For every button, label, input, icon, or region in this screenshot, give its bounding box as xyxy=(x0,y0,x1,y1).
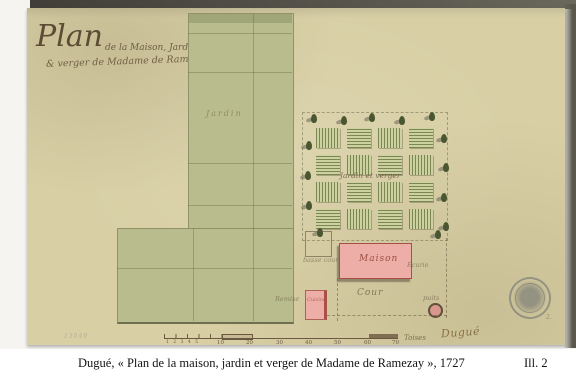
garden-division xyxy=(188,72,292,73)
garden-division xyxy=(193,228,194,321)
scale-tick-label: 40 xyxy=(305,340,312,346)
signature: Dugué xyxy=(441,326,481,340)
orchard-plot xyxy=(409,155,433,175)
tree-icon xyxy=(430,230,442,240)
boundary-dashed xyxy=(327,315,447,316)
orchard-plot xyxy=(316,155,340,175)
orchard-plot xyxy=(409,209,433,229)
page: Plan de la Maison, Jardin & verger de Ma… xyxy=(0,0,576,377)
garden-division xyxy=(188,33,292,34)
garden-area-upper xyxy=(188,13,294,235)
scale-tick-label: 20 xyxy=(246,340,253,346)
tree-icon xyxy=(301,201,313,211)
tree-icon xyxy=(306,114,318,124)
orchard-plot xyxy=(316,182,340,202)
tree-icon xyxy=(301,141,313,151)
boundary-dashed xyxy=(446,238,447,318)
scale-tick-label: 10 xyxy=(217,340,224,346)
plan-paper: Plan de la Maison, Jardin & verger de Ma… xyxy=(27,8,565,345)
tree-icon xyxy=(436,134,448,144)
orchard-plot xyxy=(347,182,371,202)
cuisine-label: Cuisine xyxy=(307,298,326,303)
tree-icon xyxy=(436,193,448,203)
orchard-plot xyxy=(378,182,402,202)
stamp-mark: 2. xyxy=(546,315,552,321)
scale-unit-label: Toises xyxy=(404,335,426,342)
scale-tick-label: 30 xyxy=(276,340,283,346)
maison-label: Maison xyxy=(359,255,398,264)
garden-division xyxy=(253,233,254,321)
scale-segment xyxy=(369,334,398,339)
cour-label: Cour xyxy=(357,289,383,298)
ecurie-label: Écurie xyxy=(407,262,429,269)
remise-label: Remise xyxy=(275,296,299,303)
garden-top-shade xyxy=(189,14,292,23)
jardin-label: Jardin xyxy=(206,110,243,118)
scale-tick-label: 60 xyxy=(364,340,371,346)
orchard-plot xyxy=(378,128,402,148)
scale-bar: 1 2 3 4 5 10 20 30 40 50 60 70 Toises xyxy=(164,330,426,346)
orchard-plot xyxy=(316,209,340,229)
plan-title-word: Plan xyxy=(36,22,103,52)
orchard-plot xyxy=(409,128,433,148)
orchard-plot xyxy=(378,209,402,229)
basse-cour-label: basse cour xyxy=(303,257,338,264)
garden-area-lower xyxy=(117,228,294,324)
puits-label: puits xyxy=(423,295,439,302)
orchard-plot xyxy=(409,182,433,202)
tree-icon xyxy=(424,112,436,122)
garden-division xyxy=(253,13,254,233)
tree-icon xyxy=(394,116,406,126)
tree-icon xyxy=(364,113,376,123)
plan-title-line1: de la Maison, Jardin xyxy=(105,44,197,53)
pencil-mark: 13049 xyxy=(64,334,88,340)
scale-tick-label: 70 xyxy=(392,340,399,346)
verger-label: Jardin et verger xyxy=(340,172,400,180)
scale-minor-numbers: 1 2 3 4 5 xyxy=(166,340,200,345)
figure-caption: Dugué, « Plan de la maison, jardin et ve… xyxy=(78,356,465,371)
orchard-plot xyxy=(316,128,340,148)
tree-icon xyxy=(300,171,312,181)
figure-number: Ill. 2 xyxy=(524,356,548,371)
tree-icon xyxy=(336,116,348,126)
photo-edge-right xyxy=(564,4,576,348)
orchard-plot xyxy=(347,128,371,148)
scale-minor-ticks xyxy=(164,334,223,339)
scale-tick-label: 50 xyxy=(334,340,341,346)
garden-division xyxy=(188,205,292,206)
orchard-plot xyxy=(347,209,371,229)
plan-title-line2: & verger de Madame de Ramezay xyxy=(46,54,210,69)
tree-icon xyxy=(438,163,450,173)
basse-cour-square xyxy=(305,231,332,257)
cuisine-building xyxy=(305,290,327,320)
garden-division xyxy=(188,163,292,164)
garden-division xyxy=(117,268,292,269)
